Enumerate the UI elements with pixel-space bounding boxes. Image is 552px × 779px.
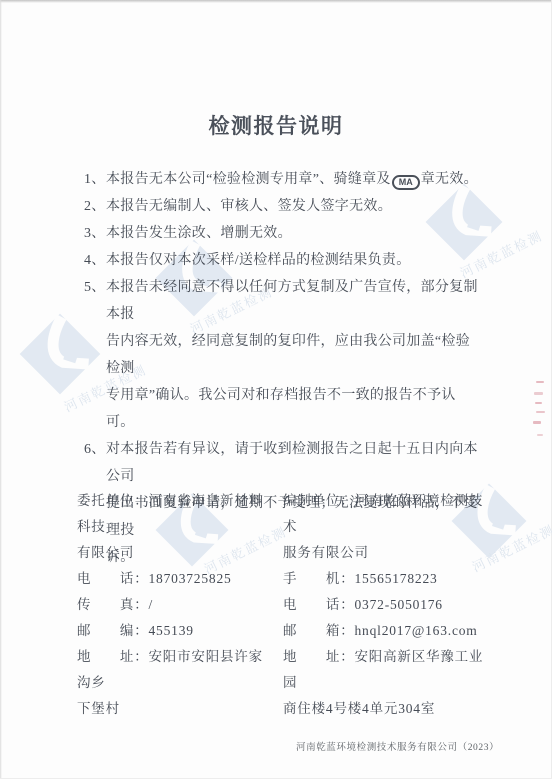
scan-edge-top <box>0 0 552 3</box>
red-seal-residue <box>533 378 547 446</box>
note-number: 5、 <box>84 274 106 301</box>
issuer-phone: 电 话：0372-5050176 <box>283 592 487 618</box>
client-phone: 电 话：18703725825 <box>77 566 277 592</box>
client-address: 地 址：安阳市安阳县许家沟乡 下堡村 <box>77 644 277 722</box>
cma-seal-icon: MA <box>392 175 420 190</box>
client-fax: 传 真：/ <box>77 592 277 618</box>
note-text-after-seal: 章无效。 <box>421 172 478 187</box>
note-number: 3、 <box>84 220 106 247</box>
client-postcode: 邮 编：455139 <box>77 618 277 644</box>
report-note-item: 1、 本报告无本公司“检验检测专用章”、骑缝章及MA章无效。 <box>84 166 482 193</box>
issuer-contact-block: 编制单位：河南乾蓝环境检测技术 服务有限公司 手 机：15565178223 电… <box>283 488 487 722</box>
issuer-address: 地 址：安阳高新区华豫工业园 商住楼4号楼4单元304室 <box>283 644 487 722</box>
report-note-item: 4、 本报告仅对本次采样/送检样品的检测结果负责。 <box>84 247 482 274</box>
report-notes-page: 河南乾蓝检测 河南乾蓝检测 河南乾蓝检测 河南乾蓝检测 河南乾蓝 <box>0 0 552 779</box>
note-number: 2、 <box>84 193 106 220</box>
note-number: 6、 <box>84 436 106 463</box>
report-note-item: 5、 本报告未经同意不得以任何方式复制及广告宣传，部分复制本报 告内容无效，经同… <box>84 274 482 436</box>
report-note-item: 3、 本报告发生涂改、增删无效。 <box>84 220 482 247</box>
issuer-company: 编制单位：河南乾蓝环境检测技术 服务有限公司 <box>283 488 487 566</box>
page-footer: 河南乾蓝环境检测技术服务有限公司（2023） <box>296 739 499 753</box>
page-title: 检测报告说明 <box>0 112 552 142</box>
note-text: 本报告无本公司“检验检测专用章”、骑缝章及MA章无效。 <box>106 166 482 193</box>
note-text: 本报告发生涂改、增删无效。 <box>106 220 482 247</box>
report-note-item: 2、 本报告无编制人、审核人、签发人签字无效。 <box>84 193 482 220</box>
client-contact-block: 委托单位：河南省海皇新材料科技 有限公司 电 话：18703725825 传 真… <box>77 488 277 722</box>
note-text: 本报告未经同意不得以任何方式复制及广告宣传，部分复制本报 告内容无效，经同意复制… <box>106 274 482 436</box>
note-number: 1、 <box>84 166 106 193</box>
note-number: 4、 <box>84 247 106 274</box>
note-text: 本报告仅对本次采样/送检样品的检测结果负责。 <box>106 247 482 274</box>
note-text: 本报告无编制人、审核人、签发人签字无效。 <box>106 193 482 220</box>
note-text-before-seal: 本报告无本公司“检验检测专用章”、骑缝章及 <box>106 172 391 187</box>
issuer-email: 邮 箱：hnql2017@163.com <box>283 618 487 644</box>
issuer-mobile: 手 机：15565178223 <box>283 566 487 592</box>
client-company: 委托单位：河南省海皇新材料科技 有限公司 <box>77 488 277 566</box>
